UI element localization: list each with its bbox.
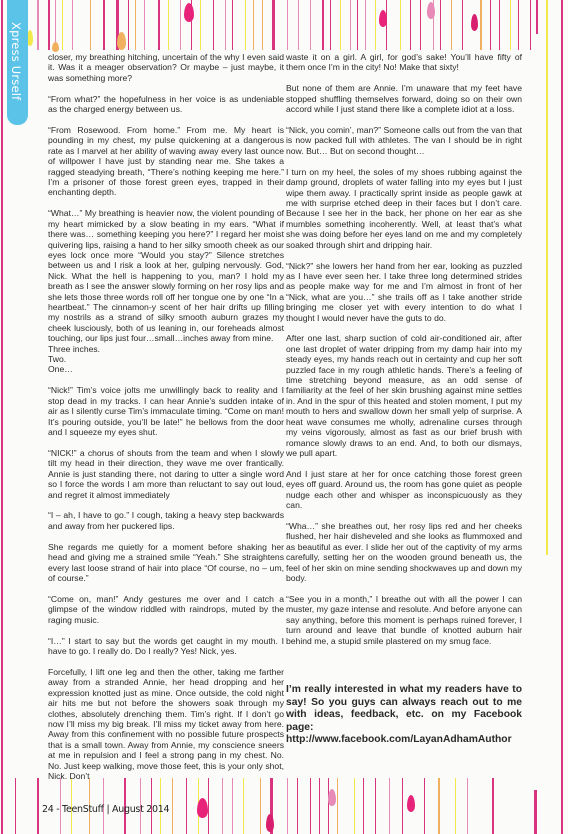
decorative-stripe	[330, 0, 331, 50]
drop-icon	[266, 814, 274, 832]
article-paragraph: “From what?” the hopefulness in her voic…	[48, 94, 284, 115]
article-paragraph: I turn on my heel, the soles of my shoes…	[286, 167, 522, 250]
drop-icon	[117, 32, 126, 50]
decorative-stripe	[298, 0, 299, 50]
article-paragraph: She regards me quietly for a moment befo…	[48, 542, 284, 584]
article-paragraph: “NICK!” a chorus of shouts from the team…	[48, 448, 284, 500]
decorative-stripe	[37, 778, 39, 834]
decorative-stripe	[168, 0, 169, 50]
article-right-column: waste it on a girl. A girl, for god’s sa…	[286, 52, 522, 757]
article-paragraph: “I…” I start to say but the words get ca…	[48, 636, 284, 657]
decorative-stripe	[499, 0, 500, 50]
decorative-stripe	[262, 0, 263, 50]
article-paragraph: “Come on, man!” Andy gestures me over an…	[48, 594, 284, 625]
decorative-stripe	[510, 0, 511, 50]
decorative-stripe	[455, 778, 456, 834]
decorative-stripe	[462, 0, 463, 50]
decorative-stripe	[424, 778, 425, 834]
decorative-stripe	[128, 0, 129, 50]
decorative-stripe	[337, 778, 338, 834]
decorative-stripe	[272, 0, 275, 50]
decorative-stripe	[297, 778, 298, 834]
decorative-stripe	[319, 778, 320, 834]
decorative-stripe	[180, 0, 181, 50]
decorative-stripe	[492, 778, 494, 834]
article-paragraph: And I just stare at her for once catchin…	[286, 469, 522, 511]
drop-icon	[52, 42, 59, 52]
decorative-stripe	[420, 0, 421, 50]
decorative-stripe	[340, 0, 341, 50]
decorative-stripe	[322, 0, 324, 50]
decorative-stripe	[158, 0, 160, 50]
section-tab-label: Xpress Urself	[9, 22, 23, 100]
decorative-stripe	[530, 0, 531, 50]
decorative-stripe	[62, 0, 63, 50]
drop-icon	[197, 798, 208, 818]
decorative-stripe	[389, 778, 390, 834]
article-paragraph: “Wha…” she breathes out, her rosy lips r…	[286, 521, 522, 583]
drop-icon	[184, 3, 194, 22]
decorative-stripe	[402, 778, 403, 834]
right-edge-stripe	[561, 0, 563, 834]
drop-icon	[471, 14, 478, 31]
decorative-stripe	[440, 0, 441, 50]
decorative-stripe	[37, 0, 39, 50]
decorative-stripe	[363, 778, 364, 834]
decorative-stripe	[225, 0, 226, 50]
decorative-stripe	[386, 0, 387, 50]
decorative-stripe	[213, 0, 214, 50]
decorative-stripe	[200, 0, 201, 50]
article-left-column: closer, my breathing hitching, uncertain…	[48, 52, 284, 792]
article-paragraph: “Nick, you comin’, man?” Someone calls o…	[286, 125, 522, 156]
decorative-stripe	[328, 778, 329, 834]
decorative-stripe	[144, 0, 145, 50]
magazine-page: Xpress Urself closer, my breathing hitch…	[0, 0, 568, 834]
decorative-stripe	[375, 778, 376, 834]
top-stripe-border	[0, 0, 568, 50]
article-paragraph: “From Rosewood. From home.” From me. My …	[48, 125, 284, 198]
article-paragraph: “What…” My breathing is heavier now, the…	[48, 208, 284, 375]
decorative-stripe	[90, 0, 91, 50]
drop-icon	[328, 789, 336, 806]
decorative-stripe	[350, 0, 351, 50]
decorative-stripe	[400, 0, 401, 50]
article-paragraph: closer, my breathing hitching, uncertain…	[48, 52, 284, 83]
decorative-stripe	[365, 0, 366, 50]
article-paragraph: “I – ah, I have to go.” I cough, taking …	[48, 510, 284, 531]
decorative-stripe	[490, 0, 491, 50]
author-note: I’m really interested in what my readers…	[286, 684, 522, 747]
decorative-stripe	[518, 0, 519, 50]
right-yellow-stripe	[546, 0, 548, 555]
decorative-stripe	[287, 778, 288, 834]
decorative-stripe	[135, 0, 136, 50]
article-paragraph: “See you in a month,” I breathe out with…	[286, 594, 522, 646]
decorative-stripe	[232, 0, 233, 50]
article-paragraph: “Nick!” Tim’s voice jolts me unwillingly…	[48, 385, 284, 437]
article-paragraph: But none of them are Annie. I’m unaware …	[286, 83, 522, 114]
article-paragraph: After one last, sharp suction of cold ai…	[286, 333, 522, 458]
decorative-stripe	[410, 0, 411, 50]
decorative-stripe	[375, 0, 376, 50]
decorative-stripe	[310, 0, 311, 50]
decorative-stripe	[438, 778, 440, 834]
drop-icon	[407, 795, 415, 812]
decorative-stripe	[546, 0, 547, 50]
page-footer: 24 - TeenStuff | August 2014	[42, 804, 169, 815]
decorative-stripe	[48, 0, 50, 50]
decorative-stripe	[480, 0, 482, 50]
left-edge-stripe	[1, 0, 3, 834]
decorative-stripe	[15, 778, 16, 834]
decorative-stripe	[103, 0, 105, 50]
drop-icon	[379, 10, 387, 27]
decorative-stripe	[253, 0, 254, 50]
decorative-stripe	[354, 778, 355, 834]
decorative-stripe	[357, 0, 358, 50]
decorative-stripe	[451, 0, 452, 50]
article-paragraph: Forcefully, I lift one leg and then the …	[48, 667, 284, 781]
decorative-stripe	[467, 778, 468, 834]
decorative-stripe	[310, 778, 311, 834]
decorative-stripe	[72, 0, 73, 50]
decorative-stripe	[287, 0, 288, 50]
drop-icon	[427, 2, 435, 19]
article-paragraph: “Nick?” she lowers her hand from her ear…	[286, 261, 522, 323]
decorative-stripe	[245, 0, 246, 50]
article-paragraph: waste it on a girl. A girl, for god’s sa…	[286, 52, 522, 73]
